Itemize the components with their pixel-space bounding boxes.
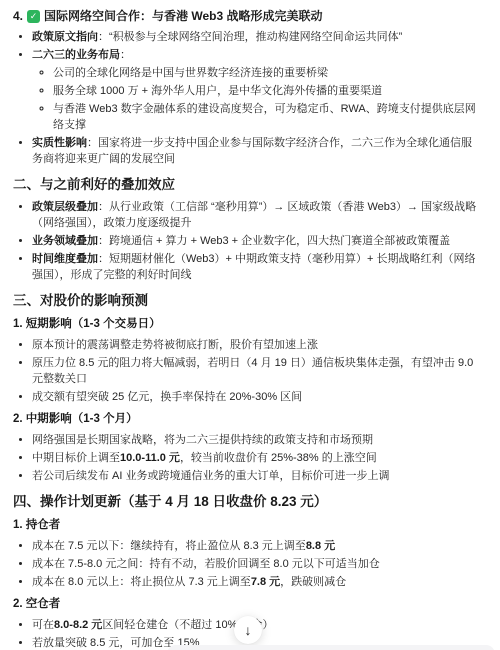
list-item: 网络强国是长期国家战略，将为二六三提供持续的政策支持和市场预期 [32, 432, 482, 448]
list-item: 政策层级叠加：从行业政策（工信部 “毫秒用算”）→ 区域政策（香港 Web3）→… [32, 199, 482, 231]
short-term-subheading: 1. 短期影响（1-3 个交易日） [13, 316, 482, 333]
bullet-text: ：国家将进一步支持中国企业参与国际数字经济合作，二六三作为全球化通信服务商将迎来… [32, 137, 472, 165]
bullet-text: 原本预计的震荡调整走势将被彻底打断，股价有望加速上涨 [32, 339, 318, 351]
section2-list: 政策层级叠加：从行业政策（工信部 “毫秒用算”）→ 区域政策（香港 Web3）→… [13, 199, 482, 283]
list-item: 业务领域叠加：跨境通信 + 算力 + Web3 + 企业数字化，四大热门赛道全部… [32, 233, 482, 249]
holders-list: 成本在 7.5 元以下：继续持有，将止盈位从 8.3 元上调至8.8 元 成本在… [13, 538, 482, 590]
bold-price: 7.8 元 [251, 576, 280, 588]
bullet-text: ： [120, 49, 131, 61]
nested-list: 公司的全球化网络是中国与世界数字经济连接的重要桥梁 服务全球 1000 万 + … [32, 65, 482, 133]
list-item: 成本在 7.5 元以下：继续持有，将止盈位从 8.3 元上调至8.8 元 [32, 538, 482, 554]
list-item: 政策原文指向：“积极参与全球网络空间治理，推动构建网络空间命运共同体” [32, 29, 482, 45]
chat-input-bar[interactable] [167, 645, 495, 650]
bullet-text: ：跨境通信 + 算力 + Web3 + 企业数字化，四大热门赛道全部被政策覆盖 [98, 235, 450, 247]
section1-list: 政策原文指向：“积极参与全球网络空间治理，推动构建网络空间命运共同体” 二六三的… [13, 29, 482, 167]
list-item: 若公司后续发布 AI 业务或跨境通信业务的重大订单，目标价可进一步上调 [32, 468, 482, 484]
list-item: 时间维度叠加：短期题材催化（Web3）+ 中期政策支持（毫秒用算）+ 长期战略红… [32, 251, 482, 283]
bullet-text: 公司的全球化网络是中国与世界数字经济连接的重要桥梁 [53, 67, 328, 79]
check-icon: ✓ [27, 10, 40, 23]
bold-price: 8.8 元 [306, 540, 335, 552]
list-item: 公司的全球化网络是中国与世界数字经济连接的重要桥梁 [53, 65, 482, 81]
bullet-text: 成本在 7.5 元以下：继续持有，将止盈位从 8.3 元上调至 [32, 540, 306, 552]
section2-heading: 二、与之前利好的叠加效应 [13, 175, 482, 194]
bullet-text: 中期目标价上调至 [32, 452, 120, 464]
bullet-text: 与香港 Web3 数字金融体系的建设高度契合，可为稳定币、RWA、跨境支付提供底… [53, 103, 476, 131]
list-item: 成交额有望突破 25 亿元，换手率保持在 20%-30% 区间 [32, 389, 482, 405]
bullet-lead: 二六三的业务布局 [32, 49, 120, 61]
mid-term-list: 网络强国是长期国家战略，将为二六三提供持续的政策支持和市场预期 中期目标价上调至… [13, 432, 482, 484]
bullet-text: ：“积极参与全球网络空间治理，推动构建网络空间命运共同体” [98, 31, 402, 43]
section4-heading: 四、操作计划更新（基于 4 月 18 日收盘价 8.23 元） [13, 492, 482, 511]
list-item: 成本在 8.0 元以上：将止损位从 7.3 元上调至7.8 元，跌破则减仓 [32, 574, 482, 590]
scroll-to-bottom-button[interactable]: ↓ [234, 616, 262, 644]
bullet-lead: 业务领域叠加 [32, 235, 98, 247]
bullet-lead: 政策层级叠加 [32, 201, 98, 213]
bullet-text: 原压力位 8.5 元的阻力将大幅减弱，若明日（4 月 19 日）通信板块集体走强… [32, 357, 473, 385]
list-item: 实质性影响：国家将进一步支持中国企业参与国际数字经济合作，二六三作为全球化通信服… [32, 135, 482, 167]
bullet-text: ：从行业政策（工信部 “毫秒用算”）→ 区域政策（香港 Web3）→ 国家级战略… [32, 201, 476, 229]
mid-term-subheading: 2. 中期影响（1-3 个月） [13, 411, 482, 428]
holders-subheading: 1. 持仓者 [13, 517, 482, 534]
bullet-text: 成交额有望突破 25 亿元，换手率保持在 20%-30% 区间 [32, 391, 302, 403]
bullet-lead: 政策原文指向 [32, 31, 98, 43]
document-body: 4. ✓ 国际网络空间合作：与香港 Web3 战略形成完美联动 政策原文指向：“… [0, 0, 500, 650]
list-item: 中期目标价上调至10.0-11.0 元，较当前收盘价有 25%-38% 的上涨空… [32, 450, 482, 466]
section1-number: 4. [13, 8, 23, 24]
list-item: 与香港 Web3 数字金融体系的建设高度契合，可为稳定币、RWA、跨境支付提供底… [53, 101, 482, 133]
bullet-text: 成本在 7.5-8.0 元之间：持有不动，若股价回调至 8.0 元以下可适当加仓 [32, 558, 380, 570]
list-item: 二六三的业务布局： 公司的全球化网络是中国与世界数字经济连接的重要桥梁 服务全球… [32, 47, 482, 133]
sideline-subheading: 2. 空仓者 [13, 596, 482, 613]
bullet-text: 网络强国是长期国家战略，将为二六三提供持续的政策支持和市场预期 [32, 434, 373, 446]
bullet-lead: 实质性影响 [32, 137, 87, 149]
section1-title-text: 国际网络空间合作：与香港 Web3 战略形成完美联动 [44, 8, 322, 24]
section3-heading: 三、对股价的影响预测 [13, 291, 482, 310]
bold-price: 10.0-11.0 元 [120, 452, 180, 464]
bold-price: 8.0-8.2 元 [54, 619, 102, 631]
bullet-text: ：短期题材催化（Web3）+ 中期政策支持（毫秒用算）+ 长期战略红利（网络强国… [32, 253, 476, 281]
list-item: 原本预计的震荡调整走势将被彻底打断，股价有望加速上涨 [32, 337, 482, 353]
short-term-list: 原本预计的震荡调整走势将被彻底打断，股价有望加速上涨 原压力位 8.5 元的阻力… [13, 337, 482, 405]
bullet-text: ，跌破则减仓 [280, 576, 346, 588]
bullet-lead: 时间维度叠加 [32, 253, 98, 265]
list-item: 原压力位 8.5 元的阻力将大幅减弱，若明日（4 月 19 日）通信板块集体走强… [32, 355, 482, 387]
bullet-text: 可在 [32, 619, 54, 631]
bullet-text: 若公司后续发布 AI 业务或跨境通信业务的重大订单，目标价可进一步上调 [32, 470, 390, 482]
list-item: 服务全球 1000 万 + 海外华人用户，是中华文化海外传播的重要渠道 [53, 83, 482, 99]
list-item: 成本在 7.5-8.0 元之间：持有不动，若股价回调至 8.0 元以下可适当加仓 [32, 556, 482, 572]
bullet-text: 服务全球 1000 万 + 海外华人用户，是中华文化海外传播的重要渠道 [53, 85, 382, 97]
section1-title: 4. ✓ 国际网络空间合作：与香港 Web3 战略形成完美联动 [13, 8, 482, 24]
bullet-text: 成本在 8.0 元以上：将止损位从 7.3 元上调至 [32, 576, 251, 588]
bullet-text: ，较当前收盘价有 25%-38% 的上涨空间 [180, 452, 377, 464]
down-arrow-icon: ↓ [245, 622, 252, 638]
